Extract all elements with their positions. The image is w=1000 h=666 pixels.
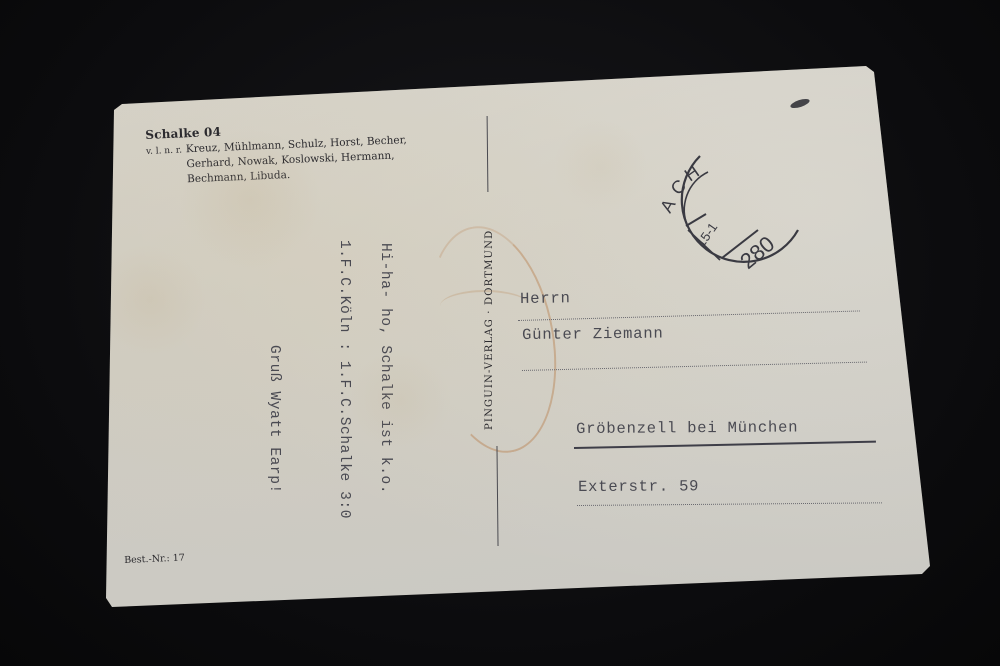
caption-names-line: Bechmann, Libuda. xyxy=(187,163,408,187)
caption-title: Schalke 04 xyxy=(145,117,406,143)
address-city: Gröbenzell bei München xyxy=(576,418,798,438)
caption-prefix: v. l. n. r. xyxy=(146,142,188,189)
address-name: Günter Ziemann xyxy=(522,325,664,344)
ink-smudge xyxy=(789,97,810,110)
address-line-dotted xyxy=(577,502,882,506)
svg-text:H: H xyxy=(681,161,703,185)
order-number: Best.-Nr.: 17 xyxy=(124,553,185,566)
address-line-dotted xyxy=(522,362,867,371)
svg-text:C: C xyxy=(667,175,690,198)
center-divider xyxy=(496,446,498,546)
ring-stain xyxy=(411,216,573,463)
postcard: Schalke 04 v. l. n. r. Kreuz, Mühlmann, … xyxy=(0,0,1000,666)
address-line-dotted xyxy=(518,310,860,321)
address-street: Exterstr. 59 xyxy=(578,477,699,496)
svg-text:A: A xyxy=(656,196,679,216)
svg-text:15-1: 15-1 xyxy=(693,220,720,250)
postmark-stamp: A C H 15-1 280 xyxy=(648,152,818,282)
message-line-score: 1.F.C.Köln : 1.F.C.Schalke 3:0 xyxy=(336,240,352,519)
message-line-greeting: Gruß Wyatt Earp! xyxy=(266,345,282,494)
caption-names-line: Kreuz, Mühlmann, Schulz, Horst, Becher, xyxy=(186,133,407,157)
photo-scene: Schalke 04 v. l. n. r. Kreuz, Mühlmann, … xyxy=(0,0,1000,666)
publisher-imprint: PINGUIN-VERLAG · DORTMUND xyxy=(484,230,495,430)
ring-stain xyxy=(440,290,530,322)
address-line-underline xyxy=(574,441,876,449)
svg-text:280: 280 xyxy=(735,231,779,274)
center-divider xyxy=(487,116,489,192)
message-line-chant: Hi-ha- ho, Schalke ist k.o. xyxy=(377,243,393,494)
caption-block: Schalke 04 v. l. n. r. Kreuz, Mühlmann, … xyxy=(145,117,408,189)
caption-names-line: Gerhard, Nowak, Koslowski, Hermann, xyxy=(186,148,407,172)
postmark-icon: A C H 15-1 280 xyxy=(648,152,818,282)
address-salutation: Herrn xyxy=(520,289,571,308)
